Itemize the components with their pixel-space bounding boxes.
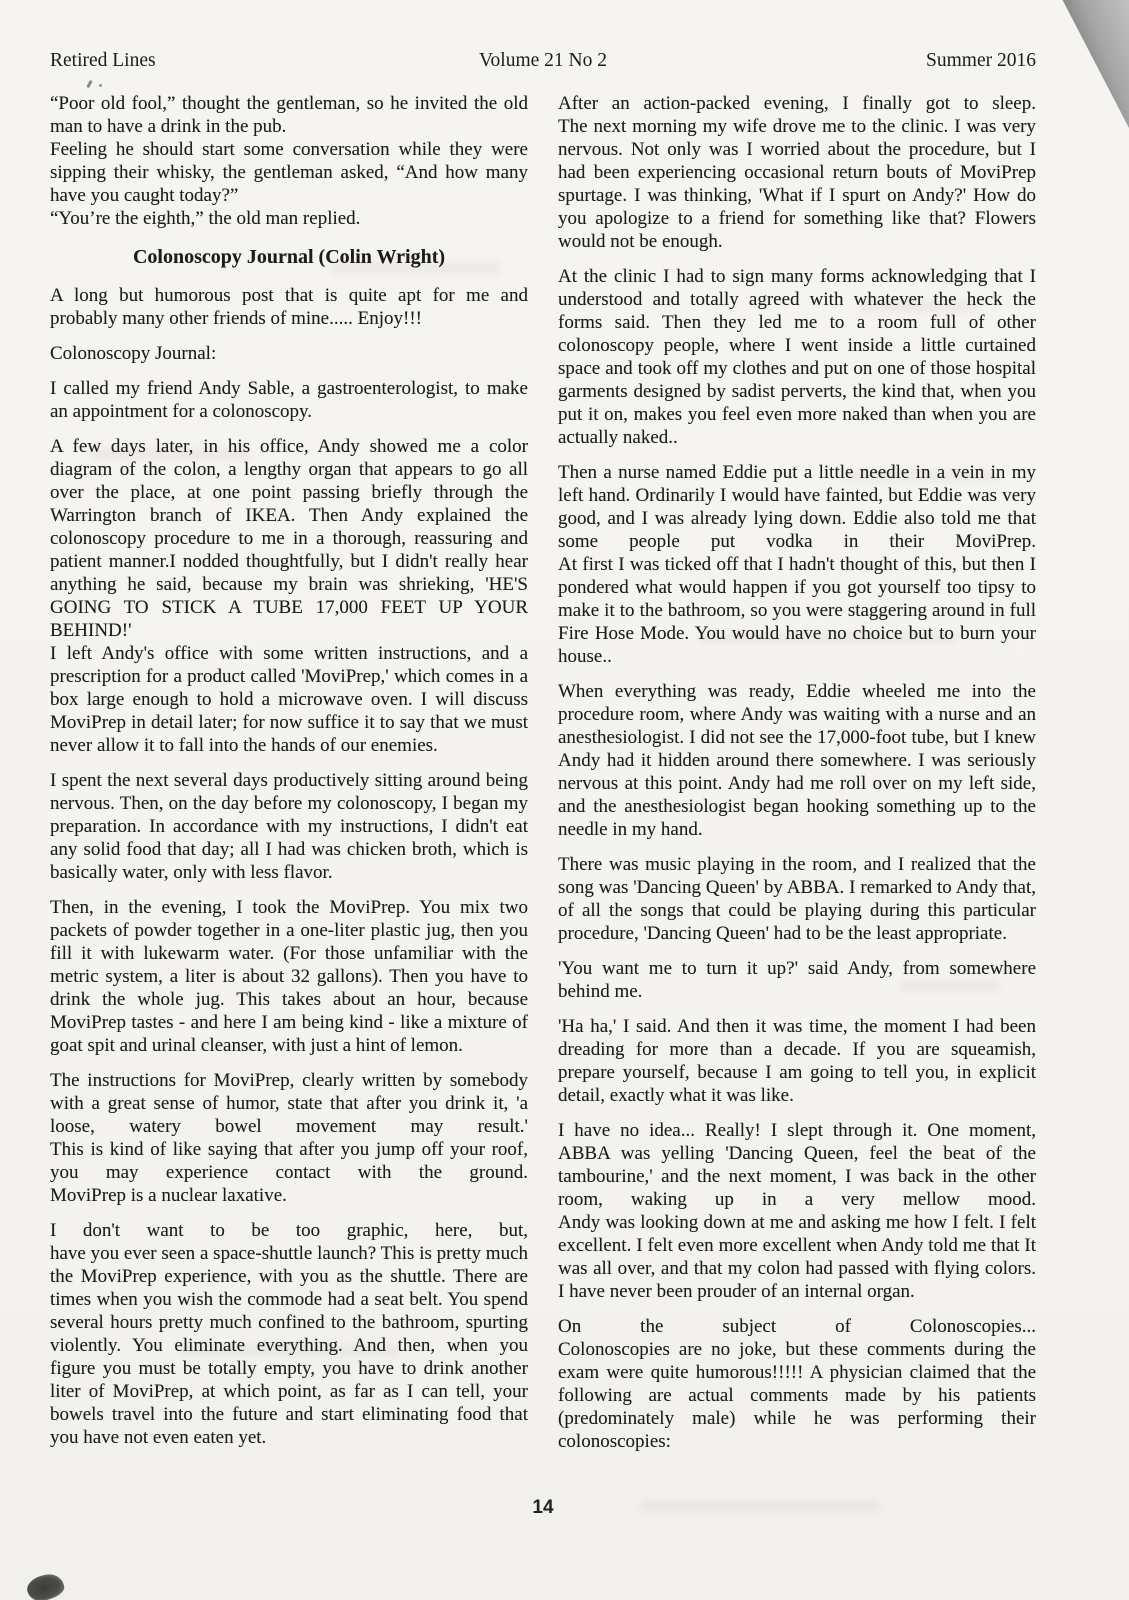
volume-label: Volume 21 No 2 [379,50,708,72]
stray-pen-dot [99,84,102,87]
article-heading: Colonoscopy Journal (Colin Wright) [50,245,528,269]
paragraph: “Poor old fool,” thought the gentleman, … [50,92,528,138]
paragraph: The next morning my wife drove me to the… [558,115,1036,253]
paragraph: At the clinic I had to sign many forms a… [558,265,1036,449]
paragraph: have you ever seen a space-shuttle launc… [50,1242,528,1449]
paragraph: 'You want me to turn it up?' said Andy, … [558,957,1036,1003]
page-header: Retired Lines Volume 21 No 2 Summer 2016 [50,50,1036,72]
paragraph: This is kind of like saying that after y… [50,1138,528,1184]
ink-blot-artifact [25,1571,66,1600]
paragraph: The instructions for MoviPrep, clearly w… [50,1069,528,1138]
paragraph: There was music playing in the room, and… [558,853,1036,945]
paragraph: On the subject of Colonoscopies... [558,1315,1036,1338]
paragraph: Andy was looking down at me and asking m… [558,1211,1036,1303]
paragraph: 'Ha ha,' I said. And then it was time, t… [558,1015,1036,1107]
page-number: 14 [50,1497,1036,1519]
article-body: “Poor old fool,” thought the gentleman, … [50,92,1036,1465]
paragraph: I called my friend Andy Sable, a gastroe… [50,377,528,423]
paragraph: MoviPrep is a nuclear laxative. [50,1184,528,1207]
paragraph: I have no idea... Really! I slept throug… [558,1119,1036,1211]
paragraph: “You’re the eighth,” the old man replied… [50,207,528,230]
paragraph: After an action-packed evening, I finall… [558,92,1036,115]
scanned-newsletter-page: Retired Lines Volume 21 No 2 Summer 2016… [0,0,1129,1600]
paragraph: I left Andy's office with some written i… [50,642,528,757]
paragraph: A few days later, in his office, Andy sh… [50,435,528,642]
right-column: After an action-packed evening, I finall… [558,92,1036,1465]
publication-title: Retired Lines [50,50,379,72]
stray-pen-mark [86,80,92,88]
paragraph: Colonoscopies are no joke, but these com… [558,1338,1036,1453]
paragraph: A long but humorous post that is quite a… [50,284,528,330]
issue-date: Summer 2016 [707,50,1036,72]
paragraph: At first I was ticked off that I hadn't … [558,553,1036,668]
paragraph: Feeling he should start some conversatio… [50,138,528,207]
left-column: “Poor old fool,” thought the gentleman, … [50,92,528,1465]
paragraph: Then, in the evening, I took the MoviPre… [50,896,528,1057]
paragraph: I spent the next several days productive… [50,769,528,884]
paragraph: I don't want to be too graphic, here, bu… [50,1219,528,1242]
paragraph: Colonoscopy Journal: [50,342,528,365]
paragraph: When everything was ready, Eddie wheeled… [558,680,1036,841]
page-corner-fold-artifact [1048,0,1129,128]
paragraph: Then a nurse named Eddie put a little ne… [558,461,1036,553]
